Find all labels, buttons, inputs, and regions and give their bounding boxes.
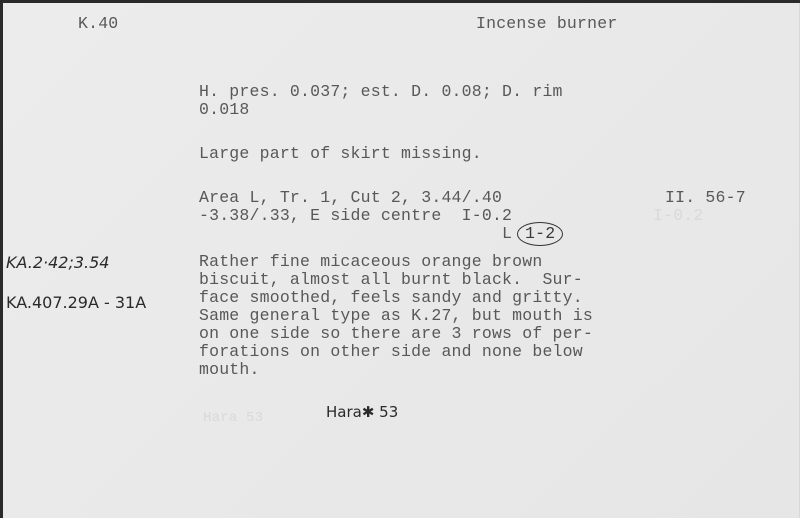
findspot-reference: II. 56-7 (665, 189, 746, 207)
ghost-text: Hara 53 (203, 409, 263, 427)
dimensions-line-1: H. pres. 0.037; est. D. 0.08; D. rim (199, 83, 563, 101)
description-line-7: mouth. (199, 361, 260, 379)
level-circle-mark (517, 222, 563, 246)
handwritten-ref-1: KA.2·42;3.54 (6, 253, 109, 272)
findspot-line-2: -3.38/.33, E side centre I-0.2 (199, 207, 512, 225)
findspot-line-1: Area L, Tr. 1, Cut 2, 3.44/.40 (199, 189, 502, 207)
description-line-1: Rather fine micaceous orange brown (199, 253, 542, 271)
index-card: K.40 Incense burner H. pres. 0.037; est.… (3, 3, 800, 518)
level-label: L (502, 225, 512, 243)
description-line-6: forations on other side and none below (199, 343, 583, 361)
description-line-3: face smoothed, feels sandy and gritty. (199, 289, 583, 307)
description-line-2: biscuit, almost all burnt black. Sur- (199, 271, 583, 289)
catalog-number: K.40 (78, 15, 118, 33)
handwritten-ref-2: KA.407.29A - 31A (6, 293, 146, 312)
description-line-5: on one side so there are 3 rows of per- (199, 325, 593, 343)
dimensions-line-2: 0.018 (199, 101, 250, 119)
ghost-text: I-0.2 (653, 207, 704, 225)
object-title: Incense burner (476, 15, 617, 33)
condition-note: Large part of skirt missing. (199, 145, 482, 163)
handwritten-note: Hara✱ 53 (326, 403, 398, 421)
description-line-4: Same general type as K.27, but mouth is (199, 307, 593, 325)
